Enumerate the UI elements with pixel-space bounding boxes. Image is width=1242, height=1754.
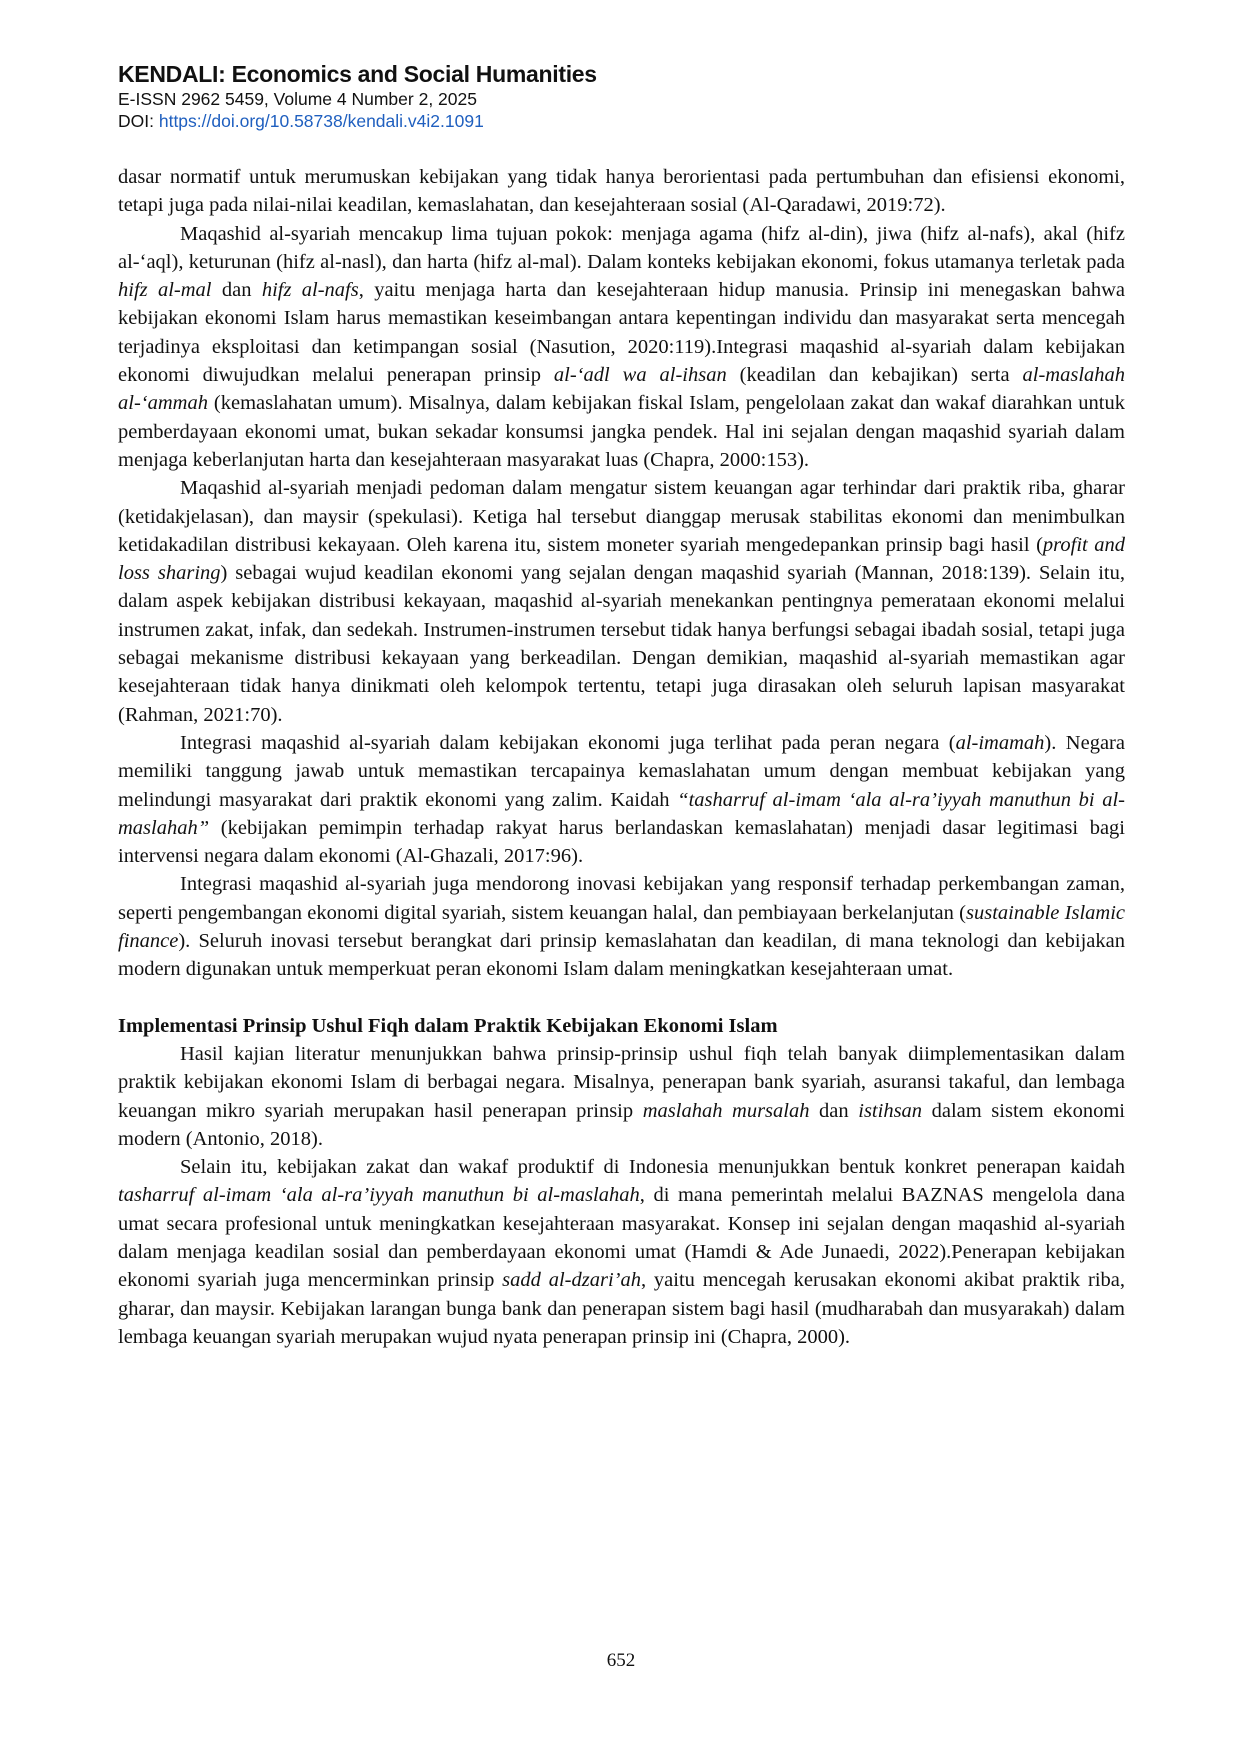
paragraph: Integrasi maqashid al-syariah dalam kebi… bbox=[118, 729, 1125, 870]
text-run: (kebijakan pemimpin terhadap rakyat haru… bbox=[118, 817, 1125, 867]
section-heading: Implementasi Prinsip Ushul Fiqh dalam Pr… bbox=[118, 1012, 1125, 1040]
paragraph: dasar normatif untuk merumuskan kebijaka… bbox=[118, 163, 1125, 220]
italic-term: hifz al-mal bbox=[118, 279, 212, 301]
text-run: dasar normatif untuk merumuskan kebijaka… bbox=[118, 166, 1125, 216]
italic-term: sadd al-dzari’ah bbox=[502, 1269, 641, 1291]
italic-term: tasharruf al-imam ‘ala al-ra’iyyah manut… bbox=[118, 1184, 640, 1206]
text-run: dan bbox=[212, 279, 262, 301]
document-page: KENDALI: Economics and Social Humanities… bbox=[0, 0, 1242, 1754]
paragraph: Integrasi maqashid al-syariah juga mendo… bbox=[118, 870, 1125, 983]
issn-volume-line: E-ISSN 2962 5459, Volume 4 Number 2, 202… bbox=[118, 88, 597, 110]
text-run: (kemaslahatan umum). Misalnya, dalam keb… bbox=[118, 392, 1125, 471]
paragraph: Selain itu, kebijakan zakat dan wakaf pr… bbox=[118, 1153, 1125, 1351]
text-run: Maqashid al-syariah mencakup lima tujuan… bbox=[118, 223, 1125, 273]
italic-term: al-‘adl wa al-ihsan bbox=[554, 364, 727, 386]
text-run: Integrasi maqashid al-syariah dalam kebi… bbox=[180, 732, 956, 754]
page-number: 652 bbox=[0, 1650, 1242, 1672]
italic-term: hifz al-nafs bbox=[262, 279, 359, 301]
italic-term: maslahah mursalah bbox=[643, 1100, 810, 1122]
italic-term: istihsan bbox=[858, 1100, 922, 1122]
journal-header: KENDALI: Economics and Social Humanities… bbox=[118, 60, 597, 132]
text-run: Maqashid al-syariah menjadi pedoman dala… bbox=[118, 477, 1125, 556]
text-run: ). Seluruh inovasi tersebut berangkat da… bbox=[118, 930, 1125, 980]
text-run: Selain itu, kebijakan zakat dan wakaf pr… bbox=[180, 1156, 1125, 1178]
italic-term: al-imamah bbox=[956, 732, 1045, 754]
doi-line: DOI: https://doi.org/10.58738/kendali.v4… bbox=[118, 110, 597, 132]
section-paragraphs: Hasil kajian literatur menunjukkan bahwa… bbox=[118, 1040, 1125, 1351]
text-run: dan bbox=[809, 1100, 858, 1122]
doi-link[interactable]: https://doi.org/10.58738/kendali.v4i2.10… bbox=[159, 111, 484, 131]
intro-paragraphs: dasar normatif untuk merumuskan kebijaka… bbox=[118, 163, 1125, 984]
paragraph: Hasil kajian literatur menunjukkan bahwa… bbox=[118, 1040, 1125, 1153]
doi-label: DOI: bbox=[118, 111, 159, 131]
text-run: ) sebagai wujud keadilan ekonomi yang se… bbox=[118, 562, 1125, 725]
journal-title: KENDALI: Economics and Social Humanities bbox=[118, 60, 597, 88]
paragraph: Maqashid al-syariah menjadi pedoman dala… bbox=[118, 474, 1125, 729]
paragraph: Maqashid al-syariah mencakup lima tujuan… bbox=[118, 220, 1125, 475]
body-text: dasar normatif untuk merumuskan kebijaka… bbox=[118, 163, 1125, 1351]
text-run: (keadilan dan kebajikan) serta bbox=[727, 364, 1023, 386]
